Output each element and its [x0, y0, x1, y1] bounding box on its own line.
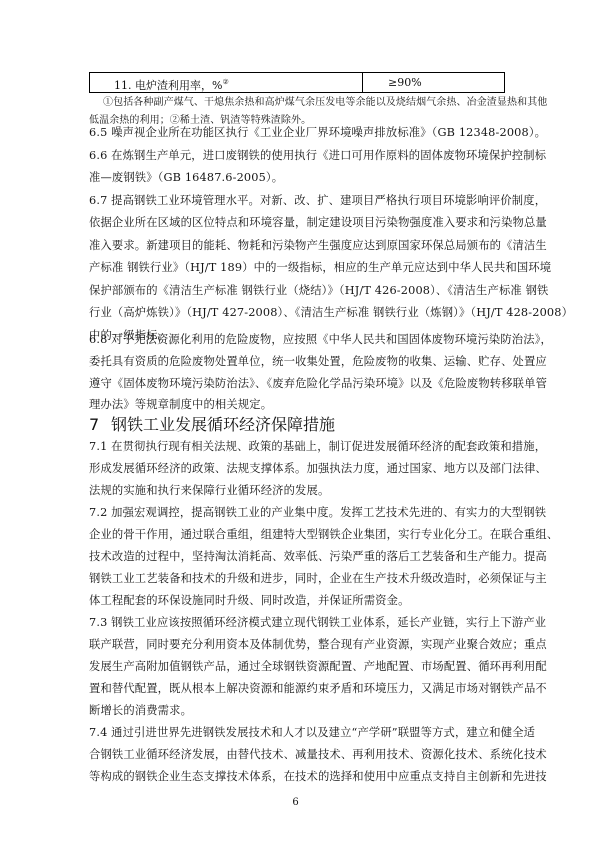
paragraph-line: 7.4 通过引进世界先进钢铁发展技术和人才以及建立“产学研”联盟等方式，建立和健…	[89, 725, 509, 741]
paragraph-line: 企业的骨干作用，通过联合重组，组建特大型钢铁企业集团，实行专业化分工。在联合重组…	[89, 527, 509, 543]
paragraph-line: 准入要求。新建项目的能耗、物耗和污染物产生强度应达到原国家环保总局颁布的《清洁生	[89, 238, 509, 254]
section-title: 钢铁工业发展循环经济保障措施	[111, 415, 335, 434]
table-row-item: 11. 电炉渣利用率，%②	[114, 73, 229, 92]
paragraph-line: 7.1 在贯彻执行现有相关法规、政策的基础上，制订促进发展循环经济的配套政策和措…	[89, 439, 509, 455]
paragraph-line: 断增长的消费需求。	[89, 703, 509, 719]
paragraph-line: 联产联营，同时要充分利用资本及体制优势，整合现有产业资源，实现产业聚合效应；重点	[89, 637, 509, 653]
paragraph-line: 产标准 钢铁行业》（HJ/T 189）中的一级指标，相应的生产单元应达到中华人民…	[89, 260, 509, 276]
paragraph-line: 保护部颁布的《清洁生产标准 钢铁行业（烧结）》（HJ/T 426-2008）、《…	[89, 283, 509, 299]
section-number: 7	[89, 413, 111, 437]
paragraph-line: 6.8 对于无法资源化利用的危险废物，应按照《中华人民共和国固体废物环境污染防治…	[89, 332, 509, 348]
paragraph-line: 合钢铁工业循环经济发展，由替代技术、减量技术、再利用技术、资源化技术、系统化技术	[89, 747, 509, 763]
paragraph-line: 委托具有资质的危险废物处置单位，统一收集处置，危险废物的收集、运输、贮存、处置应	[89, 354, 509, 370]
paragraph-line: 6.6 在炼钢生产单元，进口废钢铁的使用执行《进口可用作原料的固体废物环境保护控…	[89, 148, 509, 164]
paragraph-line: 行业（高炉炼铁）》（HJ/T 427-2008）、《清洁生产标准 钢铁行业（炼钢…	[89, 305, 509, 321]
paragraph-line: 7.2 加强宏观调控，提高钢铁工业的产业集中度。发挥工艺技术先进的、有实力的大型…	[89, 505, 509, 521]
paragraph-line: 理办法》等规章制度中的相关规定。	[89, 397, 509, 413]
paragraph-line: 钢铁工业工艺装备和技术的升级和进步，同时，企业在生产技术升级改造时，必须保证与主	[89, 571, 509, 587]
paragraph-line: 遵守《固体废物环境污染防治法》、《废弃危险化学品污染环境》以及《危险废物转移联单…	[89, 376, 509, 392]
footnote-marker: ②	[222, 78, 228, 86]
paragraph-line: 法规的实施和执行来保障行业循环经济的发展。	[89, 483, 509, 499]
paragraph-line: 6.7 提高钢铁工业环境管理水平。对新、改、扩、建项目严格执行项目环境影响评价制…	[89, 193, 509, 209]
paragraph-line: 6.5 噪声视企业所在功能区执行《工业企业厂界环境噪声排放标准》（GB 1234…	[89, 125, 509, 141]
page-number: 6	[0, 797, 591, 808]
indicator-table: 11. 电炉渣利用率，%② ≥90%	[89, 72, 505, 93]
footnote-line: ①包括各种副产煤气、干熄焦余热和高炉煤气余压发电等余能以及烧结烟气余热、冶金渣显…	[103, 95, 523, 111]
paragraph-line: 发展生产高附加值钢铁产品，通过全球钢铁资源配置、产地配置、市场配置、循环再利用配	[89, 659, 509, 675]
paragraph-line: 准—废钢铁》（GB 16487.6-2005）。	[89, 170, 509, 186]
document-page: 11. 电炉渣利用率，%② ≥90% ①包括各种副产煤气、干熄焦余热和高炉煤气余…	[0, 0, 591, 841]
paragraph-line: 等构成的钢铁企业生态支撑技术体系，在技术的选择和使用中应重点支持自主创新和先进技	[89, 769, 509, 785]
section-heading: 7钢铁工业发展循环经济保障措施	[89, 413, 335, 437]
paragraph-line: 技术改造的过程中，坚持淘汰消耗高、效率低、污染严重的落后工艺装备和生产能力。提高	[89, 549, 509, 565]
paragraph-line: 形成发展循环经济的政策、法规支撑体系。加强执法力度，通过国家、地方以及部门法律、	[89, 461, 509, 477]
paragraph-line: 依据企业所在区域的区位特点和环境容量，制定建设项目污染物强度准入要求和污染物总量	[89, 215, 509, 231]
paragraph-line: 置和替代配置，既从根本上解决资源和能源约束矛盾和环境压力，又满足市场对钢铁产品不	[89, 681, 509, 697]
item-label: 11. 电炉渣利用率，%	[114, 79, 222, 92]
paragraph-line: 体工程配套的环保设施同时升级、同时改造，并保证所需资金。	[89, 593, 509, 609]
paragraph-line: 7.3 钢铁工业应该按照循环经济模式建立现代钢铁工业体系，延长产业链，实行上下游…	[89, 615, 509, 631]
table-row-value: ≥90%	[388, 73, 422, 92]
column-divider	[362, 73, 363, 92]
